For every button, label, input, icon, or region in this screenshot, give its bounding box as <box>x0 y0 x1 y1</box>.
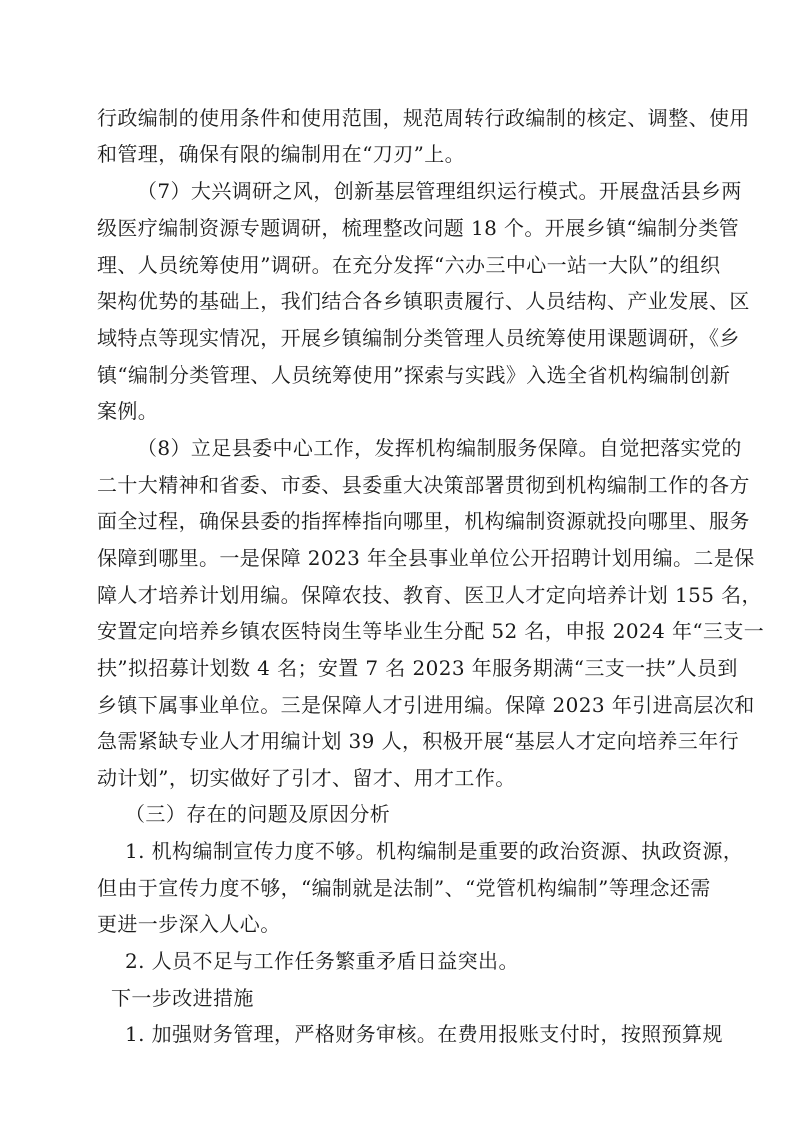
paragraph-line: 面全过程，确保县委的指挥棒指向哪里，机构编制资源就投向哪里、服务 <box>97 503 699 539</box>
paragraph-line: 理、人员统筹使用”调研。在充分发挥“六办三中心一站一大队”的组织 <box>97 247 699 283</box>
paragraph-line: 2. 人员不足与工作任务繁重矛盾日益突出。 <box>125 943 519 979</box>
paragraph-line: 动计划”，切实做好了引才、留才、用才工作。 <box>97 760 516 796</box>
paragraph-line: 安置定向培养乡镇农医特岗生等毕业生分配 52 名，申报 2024 年“三支一 <box>97 613 699 649</box>
paragraph-line: 二十大精神和省委、市委、县委重大决策部署贯彻到机构编制工作的各方 <box>97 467 699 503</box>
paragraph-line: 乡镇下属事业单位。三是保障人才引进用编。保障 2023 年引进高层次和 <box>97 687 699 723</box>
paragraph-line: 保障到哪里。一是保障 2023 年全县事业单位公开招聘计划用编。二是保 <box>97 540 699 576</box>
paragraph-line: 障人才培养计划用编。保障农技、教育、医卫人才定向培养计划 155 名， <box>97 577 699 613</box>
paragraph-line: 急需紧缺专业人才用编计划 39 人，积极开展“基层人才定向培养三年行 <box>97 723 699 759</box>
paragraph-line: 和管理，确保有限的编制用在“刀刃”上。 <box>97 136 465 172</box>
paragraph-line: 镇“编制分类管理、人员统筹使用”探索与实践》入选全省机构编制创新 <box>97 357 699 393</box>
section-heading: （三）存在的问题及原因分析 <box>125 796 390 832</box>
paragraph-line: 扶”拟招募计划数 4 名；安置 7 名 2023 年服务期满“三支一扶”人员到 <box>97 650 699 686</box>
paragraph-line: （8）立足县委中心工作，发挥机构编制服务保障。自觉把落实党的 <box>137 430 699 466</box>
paragraph-line: 域特点等现实情况，开展乡镇编制分类管理人员统筹使用课题调研，《乡 <box>97 320 699 356</box>
paragraph-line: 但由于宣传力度不够，“编制就是法制”、“党管机构编制”等理念还需 <box>97 870 699 906</box>
paragraph-line: 更进一步深入人心。 <box>97 906 281 942</box>
paragraph-line: 1. 加强财务管理，严格财务审核。在费用报账支付时，按照预算规 <box>125 1016 699 1052</box>
paragraph-line: （7）大兴调研之风，创新基层管理组织运行模式。开展盘活县乡两 <box>137 173 699 209</box>
paragraph-line: 下一步改进措施 <box>111 980 254 1016</box>
paragraph-line: 架构优势的基础上，我们结合各乡镇职责履行、人员结构、产业发展、区 <box>97 283 699 319</box>
paragraph-line: 案例。 <box>97 393 158 429</box>
paragraph-line: 1. 机构编制宣传力度不够。机构编制是重要的政治资源、执政资源， <box>125 833 699 869</box>
paragraph-line: 行政编制的使用条件和使用范围，规范周转行政编制的核定、调整、使用 <box>97 100 699 136</box>
paragraph-line: 级医疗编制资源专题调研，梳理整改问题 18 个。开展乡镇“编制分类管 <box>97 210 699 246</box>
